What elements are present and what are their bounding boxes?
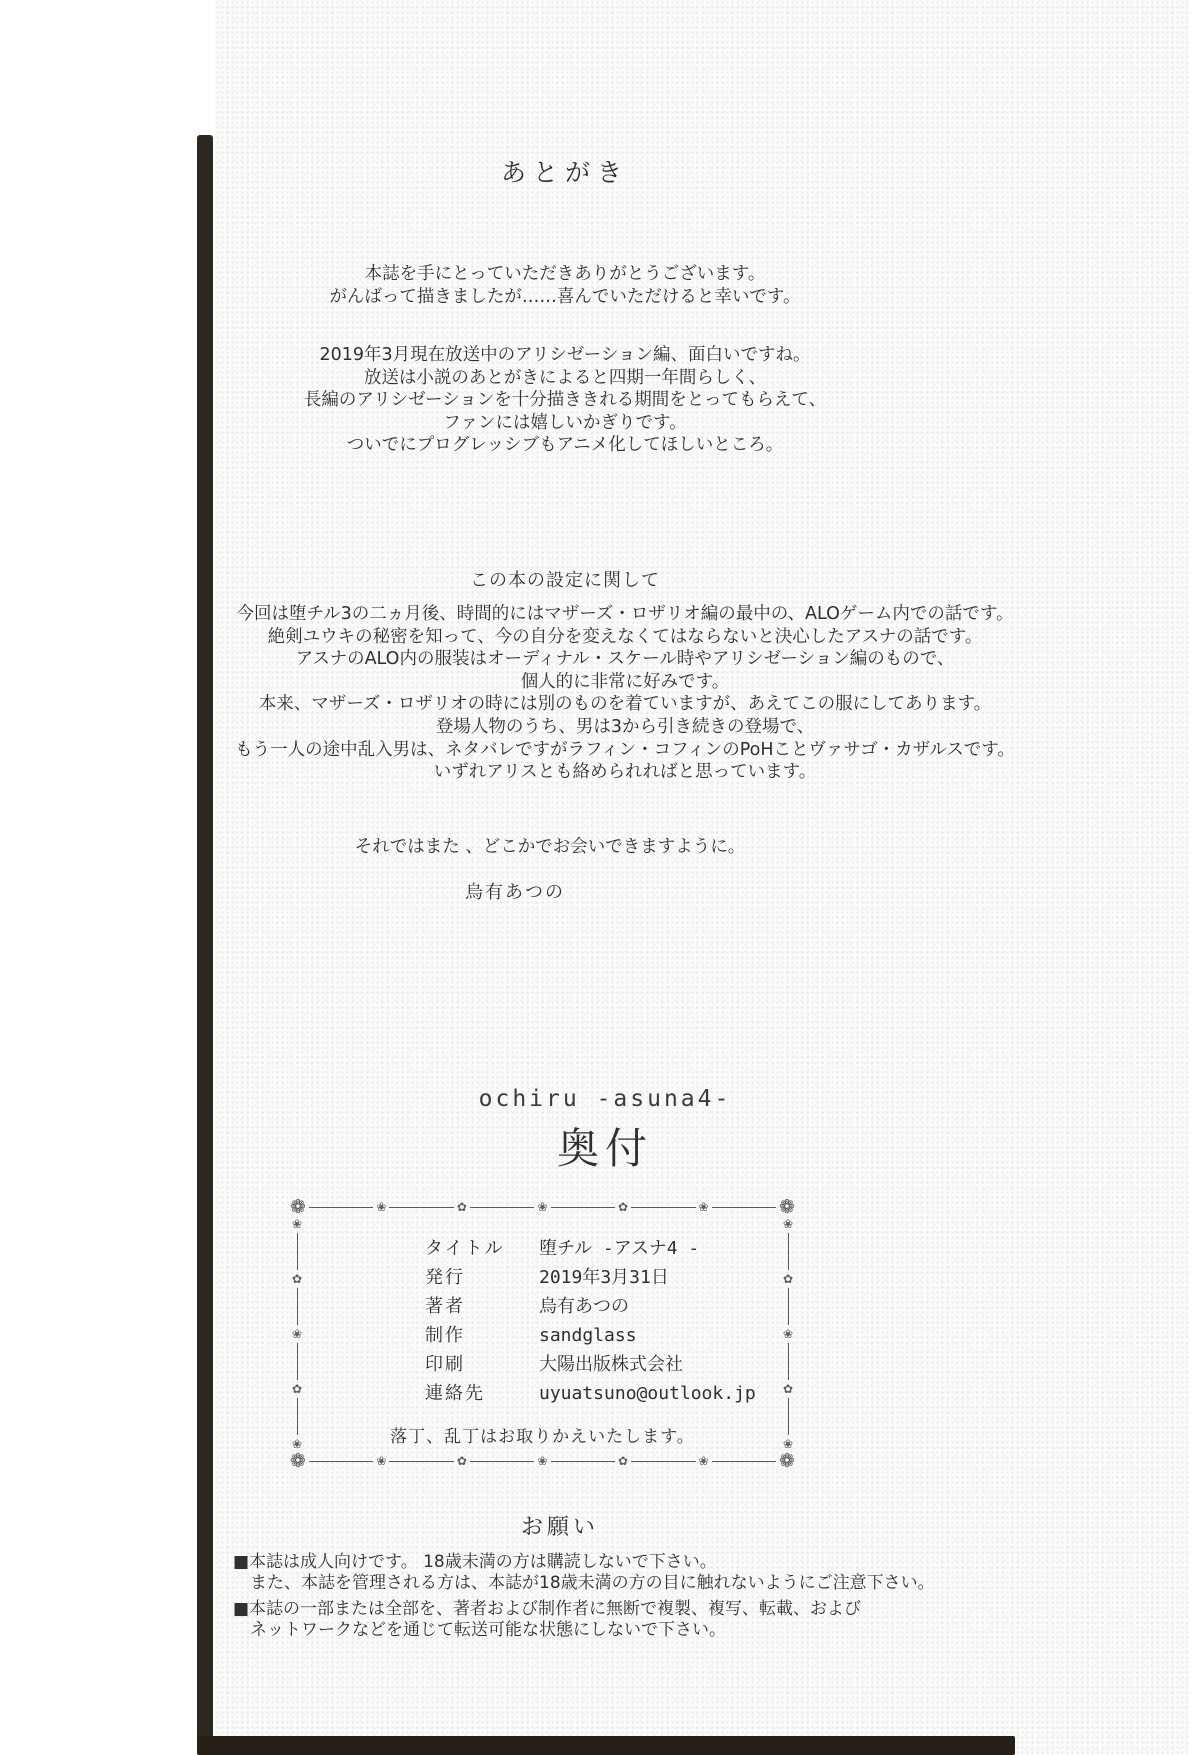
ornament-line bbox=[309, 1461, 373, 1462]
flower-icon: ❀ bbox=[537, 1201, 547, 1213]
author-signature: 烏有あつの bbox=[195, 878, 835, 904]
colophon-label: 連絡先 bbox=[425, 1379, 539, 1408]
flower-icon: ✿ bbox=[618, 1455, 628, 1467]
flower-icon: ❁ bbox=[779, 1198, 795, 1217]
colophon-value: 2019年3月31日 bbox=[539, 1263, 795, 1292]
notice-list: ■本誌は成人向けです。 18歳未満の方は購読しないで下さい。 また、本誌を管理さ… bbox=[233, 1552, 1003, 1646]
colophon-value: 堕チル -アスナ4 - bbox=[539, 1234, 795, 1263]
colophon-label: 著者 bbox=[425, 1292, 539, 1321]
ornament-line bbox=[551, 1461, 615, 1462]
ornament-line bbox=[470, 1461, 534, 1462]
colophon-value: 大陽出版株式会社 bbox=[539, 1350, 795, 1379]
flower-icon: ✿ bbox=[618, 1201, 628, 1213]
flower-icon: ❀ bbox=[292, 1218, 302, 1230]
flower-icon: ❀ bbox=[376, 1201, 386, 1213]
ornament-border-bottom: ❁❀✿❀✿❀❁ bbox=[290, 1452, 795, 1470]
scanned-page: あとがき 本誌を手にとっていただきありがとうございます。がんばって描きましたが…… bbox=[0, 0, 1200, 1755]
ornament-line bbox=[309, 1207, 373, 1208]
flower-icon: ❁ bbox=[290, 1452, 306, 1471]
ornament-line bbox=[551, 1207, 615, 1208]
ornament-border-top: ❁❀✿❀✿❀❁ bbox=[290, 1198, 795, 1216]
colophon-label: 発行 bbox=[425, 1263, 539, 1292]
flower-icon: ❁ bbox=[779, 1452, 795, 1471]
colophon-value: 烏有あつの bbox=[539, 1292, 795, 1321]
colophon-row: タイトル堕チル -アスナ4 - bbox=[290, 1234, 795, 1263]
request-title: お願い bbox=[195, 1510, 925, 1541]
ornament-line bbox=[712, 1461, 776, 1462]
ornament-line bbox=[470, 1207, 534, 1208]
flower-icon: ✿ bbox=[457, 1455, 467, 1467]
ornament-line bbox=[712, 1207, 776, 1208]
colophon-row: 制作sandglass bbox=[290, 1321, 795, 1350]
colophon-table: タイトル堕チル -アスナ4 -発行2019年3月31日著者烏有あつの制作sand… bbox=[290, 1234, 795, 1408]
flower-icon: ❀ bbox=[699, 1455, 709, 1467]
flower-icon: ❀ bbox=[537, 1455, 547, 1467]
afterword-title: あとがき bbox=[195, 153, 935, 189]
flower-icon: ❀ bbox=[376, 1455, 386, 1467]
colophon-box: ❁❀✿❀✿❀❁ ❁❀✿❀✿❀❁ ❀✿❀✿❀ ❀✿❀✿❀ タイトル堕チル -アスナ… bbox=[290, 1198, 795, 1470]
colophon-label: 印刷 bbox=[425, 1350, 539, 1379]
ornament-line bbox=[631, 1461, 695, 1462]
flower-icon: ❀ bbox=[699, 1201, 709, 1213]
colophon-value: sandglass bbox=[539, 1321, 795, 1350]
colophon-row: 発行2019年3月31日 bbox=[290, 1263, 795, 1292]
scan-edge-bottom bbox=[197, 1736, 1015, 1755]
ornament-line bbox=[389, 1461, 453, 1462]
colophon-row: 連絡先uyuatsuno@outlook.jp bbox=[290, 1379, 795, 1408]
closing-line: それではまた 、どこかでお会いできますように。 bbox=[195, 833, 905, 858]
flower-icon: ❀ bbox=[783, 1218, 793, 1230]
series-title-romaji: ochiru -asuna4- bbox=[195, 1086, 1015, 1112]
colophon-value: uyuatsuno@outlook.jp bbox=[539, 1379, 795, 1408]
settings-section-title: この本の設定に関して bbox=[195, 566, 935, 592]
colophon-label: 制作 bbox=[425, 1321, 539, 1350]
afterword-paragraph-1: 本誌を手にとっていただきありがとうございます。がんばって描きましたが……喜んでい… bbox=[195, 263, 935, 308]
notice-item-adult: ■本誌は成人向けです。 18歳未満の方は購読しないで下さい。 また、本誌を管理さ… bbox=[233, 1552, 1003, 1594]
colophon-note: 落丁、乱丁はお取りかえいたします。 bbox=[290, 1416, 795, 1447]
flower-icon: ❁ bbox=[290, 1198, 306, 1217]
ornament-line bbox=[389, 1207, 453, 1208]
colophon-row: 印刷大陽出版株式会社 bbox=[290, 1350, 795, 1379]
settings-paragraph: 今回は堕チル3の二ヵ月後、時間的にはマザーズ・ロザリオ編の最中の、ALOゲーム内… bbox=[195, 603, 1055, 784]
misprint-note: 落丁、乱丁はお取りかえいたします。 bbox=[290, 1422, 795, 1447]
afterword-paragraph-2: 2019年3月現在放送中のアリシゼーション編、面白いですね。放送は小説のあとがき… bbox=[195, 344, 935, 457]
notice-item-copyright: ■本誌の一部または全部を、著者および制作者に無断で複製、複写、転載、および ネッ… bbox=[233, 1599, 1003, 1641]
colophon-label: タイトル bbox=[425, 1234, 539, 1263]
colophon-heading: 奥付 bbox=[195, 1116, 1015, 1176]
ornament-line bbox=[631, 1207, 695, 1208]
colophon-row: 著者烏有あつの bbox=[290, 1292, 795, 1321]
flower-icon: ✿ bbox=[457, 1201, 467, 1213]
